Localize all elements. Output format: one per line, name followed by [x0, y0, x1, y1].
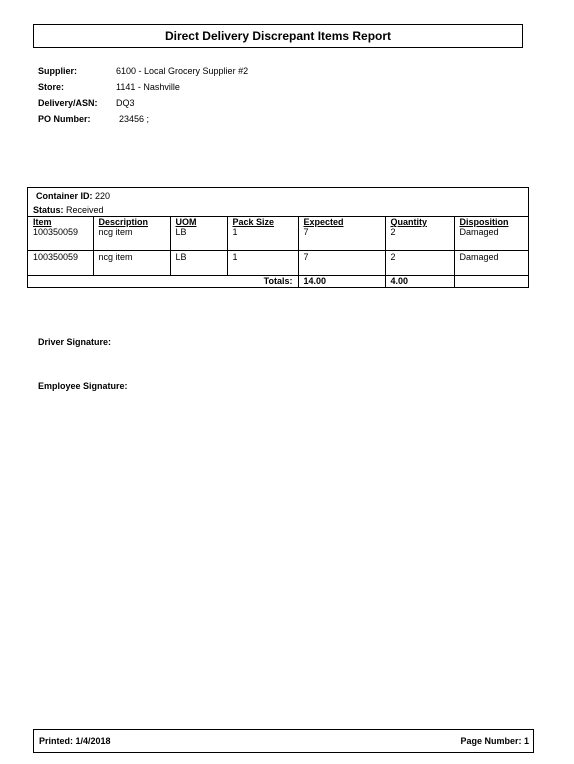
container-status: Status: Received [28, 202, 528, 216]
pack-size-cell: 1 [227, 251, 298, 276]
page-footer: Printed: 1/4/2018 Page Number: 1 [33, 729, 534, 753]
col-item: Item [28, 217, 93, 228]
supplier-row: Supplier: 6100 - Local Grocery Supplier … [38, 63, 248, 79]
report-title: Direct Delivery Discrepant Items Report [33, 24, 523, 48]
driver-signature-label: Driver Signature: [38, 337, 111, 347]
item-cell: 100350059 [28, 251, 93, 276]
container-section: Container ID: 220 Status: Received Item … [27, 187, 529, 288]
totals-expected: 14.00 [298, 276, 385, 288]
table-row: 100350059 ncg item LB 1 7 2 Damaged [28, 227, 528, 251]
totals-empty [454, 276, 528, 288]
uom-cell: LB [170, 227, 227, 251]
supplier-label: Supplier: [38, 66, 116, 76]
store-value: 1141 - Nashville [116, 82, 180, 92]
col-description: Description [93, 217, 170, 228]
store-row: Store: 1141 - Nashville [38, 79, 248, 95]
quantity-cell: 2 [385, 251, 454, 276]
totals-row: Totals: 14.00 4.00 [28, 276, 528, 288]
container-id-label: Container ID: [36, 191, 93, 201]
po-value: 23456 ; [116, 114, 149, 124]
container-id: Container ID: 220 [28, 188, 528, 202]
expected-cell: 7 [298, 251, 385, 276]
disposition-cell: Damaged [454, 227, 528, 251]
status-value: Received [66, 205, 104, 215]
table-header: Item Description UOM Pack Size Expected … [28, 217, 528, 228]
col-quantity: Quantity [385, 217, 454, 228]
supplier-value: 6100 - Local Grocery Supplier #2 [116, 66, 248, 76]
delivery-value: DQ3 [116, 98, 135, 108]
expected-cell: 7 [298, 227, 385, 251]
report-info: Supplier: 6100 - Local Grocery Supplier … [38, 63, 248, 127]
col-pack-size: Pack Size [227, 217, 298, 228]
totals-label: Totals: [28, 276, 298, 288]
delivery-row: Delivery/ASN: DQ3 [38, 95, 248, 111]
totals-quantity: 4.00 [385, 276, 454, 288]
pack-size-cell: 1 [227, 227, 298, 251]
employee-signature-label: Employee Signature: [38, 381, 128, 391]
printed-date: Printed: 1/4/2018 [39, 730, 111, 752]
status-label: Status: [33, 205, 64, 215]
quantity-cell: 2 [385, 227, 454, 251]
col-expected: Expected [298, 217, 385, 228]
col-uom: UOM [170, 217, 227, 228]
items-table: Item Description UOM Pack Size Expected … [28, 216, 528, 287]
table-row: 100350059 ncg item LB 1 7 2 Damaged [28, 251, 528, 276]
store-label: Store: [38, 82, 116, 92]
po-row: PO Number: 23456 ; [38, 111, 248, 127]
po-label: PO Number: [38, 114, 116, 124]
delivery-label: Delivery/ASN: [38, 98, 116, 108]
item-cell: 100350059 [28, 227, 93, 251]
disposition-cell: Damaged [454, 251, 528, 276]
description-cell: ncg item [93, 251, 170, 276]
page-number: Page Number: 1 [460, 730, 529, 752]
container-id-value: 220 [95, 191, 110, 201]
description-cell: ncg item [93, 227, 170, 251]
uom-cell: LB [170, 251, 227, 276]
col-disposition: Disposition [454, 217, 528, 228]
